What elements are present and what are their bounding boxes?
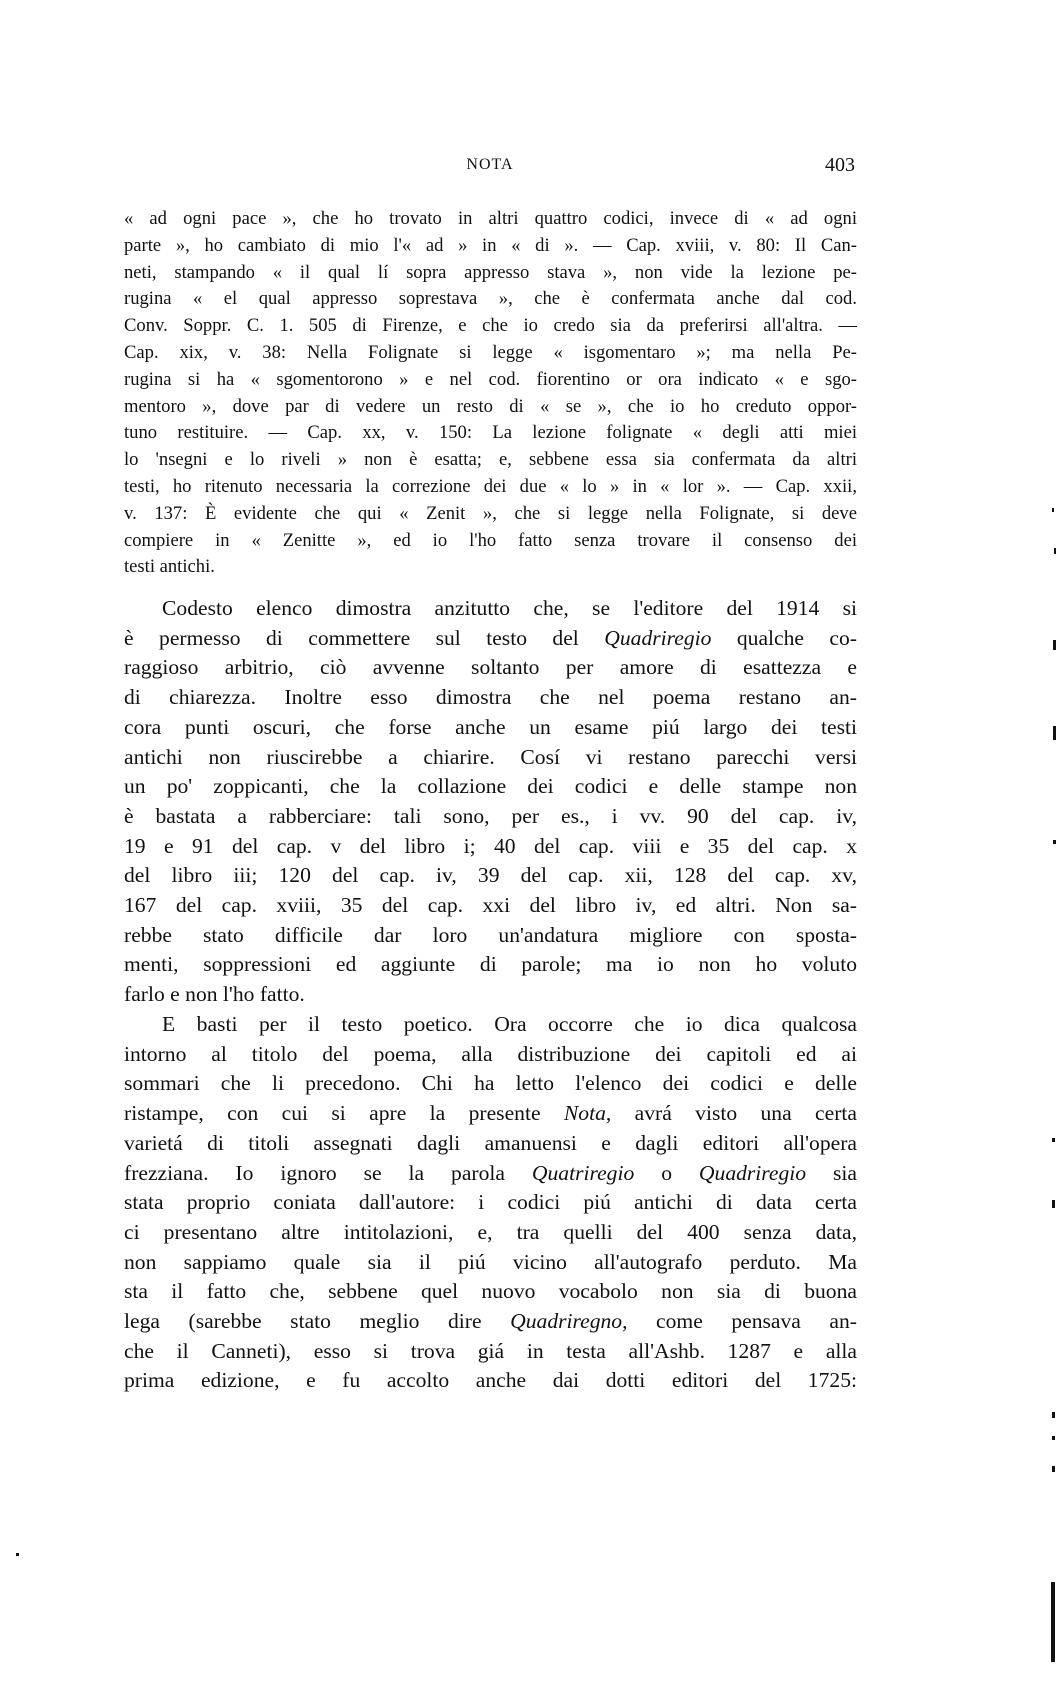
- scan-speck: [1052, 1138, 1055, 1142]
- text-line: di chiarezza. Inoltre esso dimostra che …: [124, 683, 857, 713]
- text-span: qualche co-: [711, 626, 857, 650]
- text-line: testi, ho ritenuto necessaria la correzi…: [124, 474, 857, 501]
- text-line: Conv. Soppr. C. 1. 505 di Firenze, e che…: [124, 313, 857, 340]
- text-line: raggioso arbitrio, ciò avvenne soltanto …: [124, 653, 857, 683]
- text-line: varietá di titoli assegnati dagli amanue…: [124, 1129, 857, 1159]
- text-line: rugina si ha « sgomentorono » e nel cod.…: [124, 367, 857, 394]
- text-line: stata proprio coniata dall'autore: i cod…: [124, 1188, 857, 1218]
- text-line: 19 e 91 del cap. v del libro i; 40 del c…: [124, 832, 857, 862]
- text-line: prima edizione, e fu accolto anche dai d…: [124, 1366, 857, 1396]
- paragraph-2: E basti per il testo poetico. Ora occorr…: [124, 1010, 857, 1396]
- scan-speck: [16, 1553, 19, 1556]
- text-line: intorno al titolo del poema, alla distri…: [124, 1040, 857, 1070]
- notes-block: « ad ogni pace », che ho trovato in altr…: [124, 206, 857, 581]
- page-number: 403: [825, 154, 855, 177]
- scan-speck: [1052, 1412, 1055, 1418]
- text-line: sommari che li precedono. Chi ha letto l…: [124, 1069, 857, 1099]
- text-line: neti, stampando « il qual lí sopra appre…: [124, 260, 857, 287]
- text-line: 167 del cap. xviii, 35 del cap. xxi del …: [124, 891, 857, 921]
- text-line: cora punti oscuri, che forse anche un es…: [124, 713, 857, 743]
- text-line: mentoro », dove par di vedere un resto d…: [124, 394, 857, 421]
- text-line: frezziana. Io ignoro se la parola Quatri…: [124, 1159, 857, 1189]
- running-head: NOTA 403: [125, 154, 855, 178]
- book-page: NOTA 403 « ad ogni pace », che ho trovat…: [0, 0, 1056, 1706]
- text-line: ci presentano altre intitolazioni, e, tr…: [124, 1218, 857, 1248]
- running-title: NOTA: [125, 156, 855, 174]
- text-span: , come pensava an-: [622, 1309, 857, 1333]
- scan-speck: [1051, 1582, 1055, 1662]
- scan-speck: [1052, 1466, 1055, 1472]
- text-line: lo 'nsegni e lo riveli » non è esatta; e…: [124, 447, 857, 474]
- text-line: farlo e non l'ho fatto.: [124, 980, 857, 1010]
- scan-speck: [1052, 1200, 1055, 1208]
- text-span: frezziana. Io ignoro se la parola: [124, 1161, 532, 1185]
- italic-title: Nota: [564, 1101, 606, 1125]
- text-line: ristampe, con cui si apre la presente No…: [124, 1099, 857, 1129]
- text-line: Codesto elenco dimostra anzitutto che, s…: [124, 594, 857, 624]
- text-line: lega (sarebbe stato meglio dire Quadrire…: [124, 1307, 857, 1337]
- text-line: sta il fatto che, sebbene quel nuovo voc…: [124, 1277, 857, 1307]
- text-line: è bastata a rabberciare: tali sono, per …: [124, 802, 857, 832]
- text-line: compiere in « Zenitte », ed io l'ho fatt…: [124, 528, 857, 555]
- text-line: tuno restituire. — Cap. xx, v. 150: La l…: [124, 420, 857, 447]
- text-line: un po' zoppicanti, che la collazione dei…: [124, 772, 857, 802]
- scan-speck: [1052, 508, 1054, 512]
- text-line: non sappiamo quale sia il piú vicino all…: [124, 1248, 857, 1278]
- text-span: , avrá visto una certa: [606, 1101, 857, 1125]
- text-line: rebbe stato difficile dar loro un'andatu…: [124, 921, 857, 951]
- text-line: parte », ho cambiato di mio l'« ad » in …: [124, 233, 857, 260]
- text-line: « ad ogni pace », che ho trovato in altr…: [124, 206, 857, 233]
- text-span: è permesso di commettere sul testo del: [124, 626, 604, 650]
- text-line: Cap. xix, v. 38: Nella Folignate si legg…: [124, 340, 857, 367]
- italic-title: Quadriregno: [510, 1309, 622, 1333]
- italic-title: Quadriregio: [699, 1161, 806, 1185]
- text-line: antichi non riuscirebbe a chiarire. Cosí…: [124, 743, 857, 773]
- text-line: menti, soppressioni ed aggiunte di parol…: [124, 950, 857, 980]
- italic-title: Quadriregio: [604, 626, 711, 650]
- text-line: rugina « el qual appresso soprestava », …: [124, 286, 857, 313]
- text-line: che il Canneti), esso si trova giá in te…: [124, 1337, 857, 1367]
- text-span: sia: [806, 1161, 857, 1185]
- text-span: o: [634, 1161, 699, 1185]
- paragraph-1: Codesto elenco dimostra anzitutto che, s…: [124, 594, 857, 1010]
- text-line: del libro iii; 120 del cap. iv, 39 del c…: [124, 861, 857, 891]
- text-line: v. 137: È evidente che qui « Zenit », ch…: [124, 501, 857, 528]
- italic-title: Quatriregio: [532, 1161, 634, 1185]
- text-span: lega (sarebbe stato meglio dire: [124, 1309, 510, 1333]
- text-line: testi antichi.: [124, 554, 857, 581]
- scan-speck: [1052, 1436, 1055, 1440]
- text-line: E basti per il testo poetico. Ora occorr…: [124, 1010, 857, 1040]
- text-line: è permesso di commettere sul testo del Q…: [124, 624, 857, 654]
- text-span: ristampe, con cui si apre la presente: [124, 1101, 564, 1125]
